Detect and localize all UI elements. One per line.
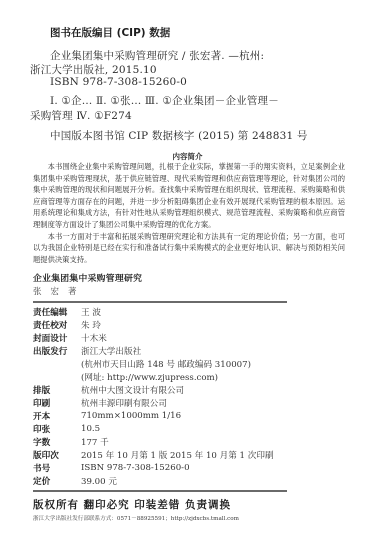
publisher-contact: 浙江大学出版社发行部联系方式：0571－88925591；http://zjdx… — [33, 514, 239, 522]
cip-line-classification-cont: 采购管理 Ⅳ. ①F274 — [30, 108, 132, 123]
divider-top — [33, 301, 287, 303]
info-row-editor: 责任编辑 王 波 — [33, 305, 101, 319]
info-row-proofreader: 责任校对 朱 玲 — [33, 318, 101, 332]
rights-statement: 版权所有 翻印必究 印装差错 负责调换 — [33, 497, 231, 512]
info-value: 十木米 — [81, 332, 107, 344]
info-value: (杭州市天目山路 148 号 邮政编码 310007) — [81, 358, 251, 370]
info-label: 开本 — [33, 410, 81, 422]
info-value: 2015 年 10 月第 1 版 2015 年 10 月第 1 次印刷 — [81, 449, 274, 461]
info-row-price: 定价 39.00 元 — [33, 474, 117, 488]
cip-line-isbn: ISBN 978-7-308-15260-0 — [50, 76, 187, 88]
info-value: 王 波 — [81, 306, 101, 318]
info-row-publisher: 出版发行 浙江大学出版社 — [33, 344, 141, 358]
cip-line-classification: Ⅰ. ①企… Ⅱ. ①张… Ⅲ. ①企业集团－企业管理－ — [50, 93, 279, 108]
info-label: 定价 — [33, 475, 81, 487]
info-row-sheets: 印张 10.5 — [33, 422, 100, 436]
info-label: 印刷 — [33, 397, 81, 409]
info-label: 责任编辑 — [33, 306, 81, 318]
info-row-isbn: 书号 ISBN 978-7-308-15260-0 — [33, 461, 190, 475]
book-title: 企业集团集中采购管理研究 — [33, 271, 142, 284]
info-label: 书号 — [33, 462, 81, 474]
info-value: (网址: http://www.zjupress.com) — [81, 371, 218, 383]
info-value: 杭州丰源印刷有限公司 — [81, 397, 167, 409]
info-value: 浙江大学出版社 — [81, 345, 141, 357]
summary-body: 本书围绕企业集中采购管理问题，扎根于企业实际，掌握第一手的翔实资料，立足案例企业… — [33, 161, 345, 265]
summary-paragraph: 本书一方面对于丰富和拓展采购管理研究理论和方法具有一定的理论价值；另一方面，也可… — [33, 231, 345, 266]
info-row-address: (杭州市天目山路 148 号 邮政编码 310007) — [33, 357, 251, 371]
info-label: 封面设计 — [33, 332, 81, 344]
info-value: ISBN 978-7-308-15260-0 — [81, 463, 190, 473]
info-label: 出版发行 — [33, 345, 81, 357]
info-row-printing: 印刷 杭州丰源印刷有限公司 — [33, 396, 167, 410]
info-value: 10.5 — [81, 424, 100, 434]
info-row-word-count: 字数 177 千 — [33, 435, 109, 449]
cip-line-record-number: 中国版本图书馆 CIP 数据核字 (2015) 第 248831 号 — [50, 128, 308, 143]
info-row-format: 开本 710mm×1000mm 1/16 — [33, 409, 181, 423]
divider-bottom — [33, 490, 287, 492]
info-label: 字数 — [33, 436, 81, 448]
summary-paragraph: 本书围绕企业集中采购管理问题，扎根于企业实际，掌握第一手的翔实资料，立足案例企业… — [33, 161, 345, 231]
info-row-edition: 版印次 2015 年 10 月第 1 版 2015 年 10 月第 1 次印刷 — [33, 448, 274, 462]
info-value: 朱 玲 — [81, 319, 101, 331]
info-row-typesetting: 排版 杭州中大图文设计有限公司 — [33, 383, 184, 397]
info-row-cover-design: 封面设计 十木米 — [33, 331, 107, 345]
info-value: 710mm×1000mm 1/16 — [81, 411, 181, 421]
copyright-page: 图书在版编目 (CIP) 数据 企业集团集中采购管理研究 / 张宏著. —杭州:… — [0, 0, 375, 559]
info-value: 杭州中大图文设计有限公司 — [81, 384, 184, 396]
info-label: 版印次 — [33, 449, 81, 461]
cip-line-title-author: 企业集团集中采购管理研究 / 张宏著. —杭州: — [50, 48, 264, 63]
info-value: 39.00 元 — [81, 475, 117, 487]
book-author: 张宏著 — [33, 285, 86, 297]
info-row-website: (网址: http://www.zjupress.com) — [33, 370, 218, 384]
info-value: 177 千 — [81, 436, 109, 448]
info-label: 排版 — [33, 384, 81, 396]
info-label: 印张 — [33, 423, 81, 435]
cip-title: 图书在版编目 (CIP) 数据 — [50, 25, 170, 40]
info-label: 责任校对 — [33, 319, 81, 331]
cip-line-publisher: 浙江大学出版社, 2015.10 — [30, 62, 157, 77]
